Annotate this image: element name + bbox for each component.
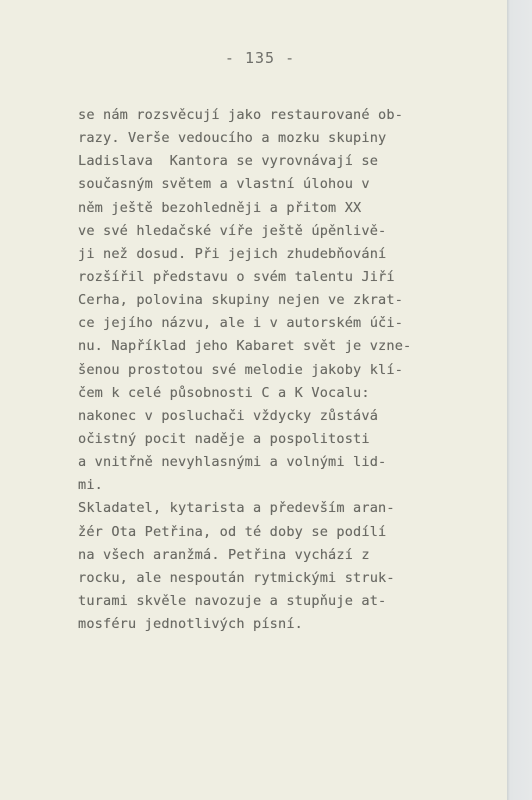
text-line: ji než dosud. Při jejich zhudebňování — [78, 243, 508, 266]
text-line: a vnitřně nevyhlasnými a volnými lid- — [78, 451, 508, 474]
text-line: Cerha, polovina skupiny nejen ve zkrat- — [78, 289, 508, 312]
page-edge-shadow — [507, 0, 532, 800]
page-number: - 135 - — [0, 49, 520, 67]
text-line: očistný pocit naděje a pospolitosti — [78, 428, 508, 451]
text-line: něm ještě bezohledněji a přitom XX — [78, 197, 508, 220]
typewritten-body: se nám rozsvěcují jako restaurované ob- … — [78, 104, 508, 636]
text-line: rocku, ale nespoután rytmickými struk- — [78, 567, 508, 590]
text-line: nu. Například jeho Kabaret svět je vzne- — [78, 335, 508, 358]
text-line: se nám rozsvěcují jako restaurované ob- — [78, 104, 508, 127]
text-line: mosféru jednotlivých písní. — [78, 613, 508, 636]
paper-page: - 135 - se nám rozsvěcují jako restaurov… — [0, 0, 508, 800]
text-line: turami skvěle navozuje a stupňuje at- — [78, 590, 508, 613]
text-line: nakonec v posluchači vždycky zůstává — [78, 405, 508, 428]
text-line: mi. — [78, 474, 508, 497]
text-line: současným světem a vlastní úlohou v — [78, 173, 508, 196]
text-line: šenou prostotou své melodie jakoby klí- — [78, 359, 508, 382]
text-line: ve své hledačské víře ještě úpěnlivě- — [78, 220, 508, 243]
text-line: žér Ota Petřina, od té doby se podílí — [78, 521, 508, 544]
text-line: čem k celé působnosti C a K Vocalu: — [78, 382, 508, 405]
text-line: rozšířil představu o svém talentu Jiří — [78, 266, 508, 289]
text-line: na všech aranžmá. Petřina vychází z — [78, 544, 508, 567]
text-line: Ladislava Kantora se vyrovnávají se — [78, 150, 508, 173]
text-line: ce jejího názvu, ale i v autorském úči- — [78, 312, 508, 335]
text-line: Skladatel, kytarista a především aran- — [78, 497, 508, 520]
text-line: razy. Verše vedoucího a mozku skupiny — [78, 127, 508, 150]
